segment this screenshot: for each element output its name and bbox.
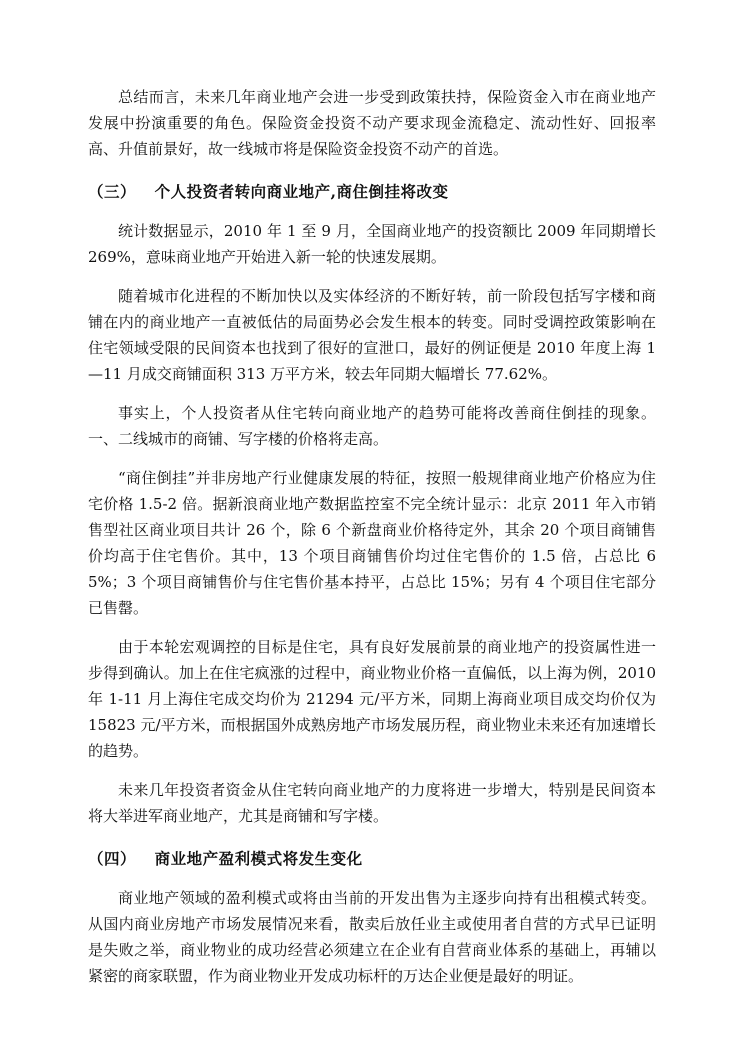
section-heading-3: （三）个人投资者转向商业地产,商住倒挂将改变 [88, 179, 656, 205]
section-title: 商业地产盈利模式将发生变化 [155, 849, 363, 868]
paragraph-investment-statistics: 统计数据显示，2010 年 1 至 9 月，全国商业地产的投资额比 2009 年… [88, 218, 656, 270]
section-number: （四） [88, 849, 136, 868]
paragraph-price-inversion-data: “商住倒挂”并非房地产行业健康发展的特征，按照一般规律商业地产价格应为住宅价格 … [88, 465, 656, 621]
section-number: （三） [88, 182, 136, 201]
paragraph-future-capital-inflow: 未来几年投资者资金从住宅转向商业地产的力度将进一步增大，特别是民间资本将大举进军… [88, 777, 656, 829]
paragraph-macro-control-prices: 由于本轮宏观调控的目标是住宅，具有良好发展前景的商业地产的投资属性进一步得到确认… [88, 634, 656, 764]
paragraph-summary-policy-support: 总结而言，未来几年商业地产会进一步受到政策扶持，保险资金入市在商业地产发展中扮演… [88, 84, 656, 162]
paragraph-investor-shift-trend: 事实上，个人投资者从住宅转向商业地产的趋势可能将改善商住倒挂的现象。一、二线城市… [88, 400, 656, 452]
section-title: 个人投资者转向商业地产,商住倒挂将改变 [155, 182, 449, 201]
section-heading-4: （四）商业地产盈利模式将发生变化 [88, 846, 656, 872]
document-page: 总结而言，未来几年商业地产会进一步受到政策扶持，保险资金入市在商业地产发展中扮演… [0, 0, 744, 1052]
paragraph-profit-model-change: 商业地产领域的盈利模式或将由当前的开发出售为主逐步向持有出租模式转变。从国内商业… [88, 885, 656, 989]
paragraph-urbanization-capital: 随着城市化进程的不断加快以及实体经济的不断好转，前一阶段包括写字楼和商铺在内的商… [88, 283, 656, 387]
